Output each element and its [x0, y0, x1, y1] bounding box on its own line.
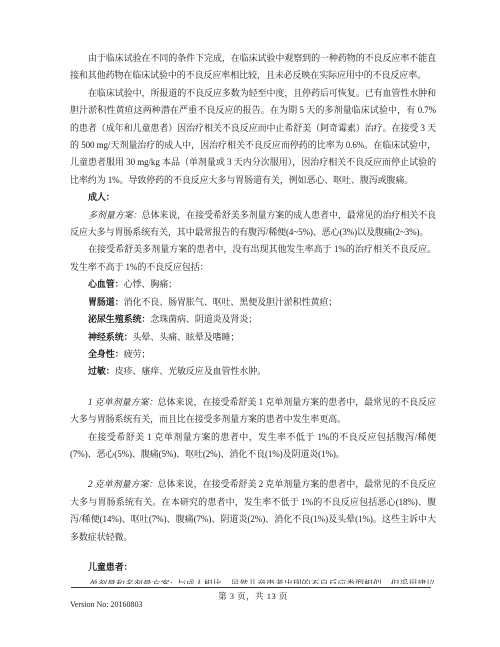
document-page: 由于临床试验在不同的条件下完成，在临床试验中观察到的一种药物的不良反应率不能直接… [0, 0, 500, 647]
text-run: 念珠菌病、阴道炎及肾炎； [150, 314, 257, 324]
text-run: 消化不良、肠胃胀气、呕吐、黑便及胆汁淤积性黄疸； [124, 297, 338, 307]
paragraph: 在接受希舒美多剂量方案的患者中，没有出现其他发生率高于 1%的治疗相关不良反应。… [70, 241, 436, 276]
text-run: 多剂量方案： [88, 210, 142, 220]
list-item: 胃肠道：消化不良、肠胃胀气、呕吐、黑便及胆汁淤积性黄疸； [70, 294, 436, 311]
paragraph-spacer [70, 381, 436, 394]
text-run: 在接受希舒美 1 克单剂量方案的患者中，发生率不低于 1%的不良反应包括腹泻/稀… [70, 432, 436, 459]
text-run: 心悸、胸痛； [124, 279, 177, 289]
text-run: 疲劳； [124, 349, 151, 359]
section-heading: 成人： [70, 189, 436, 206]
section-heading: 儿童患者： [70, 559, 436, 576]
paragraph: 单剂量和多剂量方案：与成人相比，虽然儿童患者出现的不良反应类型相似，但采用建议 [70, 576, 436, 584]
paragraph: 多剂量方案：总体来说，在接受希舒美多剂量方案的成人患者中，最常见的治疗相关不良反… [70, 207, 436, 242]
text-run: 心血管： [88, 279, 124, 289]
text-run: 在临床试验中，所报道的不良反应多数为轻至中度，且停药后可恢复。已有血管性水肿和胆… [70, 88, 436, 185]
paragraph: 由于临床试验在不同的条件下完成，在临床试验中观察到的一种药物的不良反应率不能直接… [70, 50, 436, 85]
paragraph: 1 克单剂量方案：总体来说，在接受希舒美 1 克单剂量方案的患者中，最常见的不良… [70, 394, 436, 429]
text-run: 成人： [88, 192, 115, 202]
text-run: 皮疹、瘙痒、光敏反应及血管性水肿。 [115, 366, 266, 376]
text-run: 2 克单剂量方案： [88, 479, 158, 489]
footer-version: Version No: 20160803 [70, 600, 142, 609]
list-item: 泌尿生殖系统：念珠菌病、阴道炎及肾炎； [70, 311, 436, 328]
list-item: 神经系统：头晕、头痛、眩晕及嗜睡； [70, 329, 436, 346]
footer-divider [71, 587, 431, 588]
document-body: 由于临床试验在不同的条件下完成，在临床试验中观察到的一种药物的不良反应率不能直接… [70, 50, 436, 584]
text-run: 头晕、头痛、眩晕及嗜睡； [133, 332, 240, 342]
paragraph-spacer [70, 546, 436, 559]
text-run: 过敏： [88, 366, 115, 376]
paragraph: 在接受希舒美 1 克单剂量方案的患者中，发生率不低于 1%的不良反应包括腹泻/稀… [70, 429, 436, 464]
text-run: 由于临床试验在不同的条件下完成，在临床试验中观察到的一种药物的不良反应率不能直接… [70, 53, 436, 80]
text-run: 在接受希舒美多剂量方案的患者中，没有出现其他发生率高于 1%的治疗相关不良反应。… [70, 244, 436, 271]
list-item: 过敏：皮疹、瘙痒、光敏反应及血管性水肿。 [70, 363, 436, 380]
text-run: 与成人相比，虽然儿童患者出现的不良反应类型相似，但采用建议 [177, 579, 435, 584]
text-run: 全身性： [88, 349, 124, 359]
list-item: 心血管：心悸、胸痛； [70, 276, 436, 293]
paragraph-spacer [70, 463, 436, 476]
text-run: 泌尿生殖系统： [88, 314, 150, 324]
text-run: 儿童患者： [88, 562, 133, 572]
text-run: 神经系统： [88, 332, 133, 342]
text-run: 胃肠道： [88, 297, 124, 307]
list-item: 全身性：疲劳； [70, 346, 436, 363]
paragraph: 2 克单剂量方案：总体来说，在接受希舒美 2 克单剂量方案的患者中，最常见的不良… [70, 476, 436, 546]
text-run: 单剂量和多剂量方案： [88, 579, 177, 584]
paragraph: 在临床试验中，所报道的不良反应多数为轻至中度，且停药后可恢复。已有血管性水肿和胆… [70, 85, 436, 189]
text-run: 1 克单剂量方案： [88, 397, 158, 407]
